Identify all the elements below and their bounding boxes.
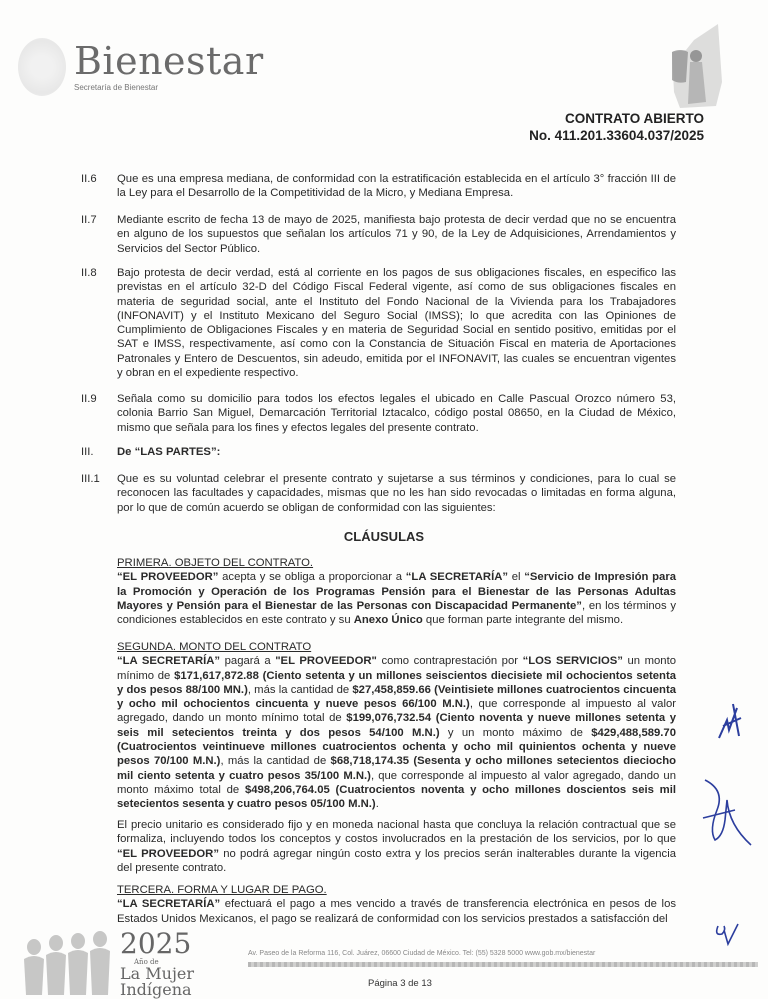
text: pagará a: [220, 655, 275, 667]
clause-heading: PRIMERA. OBJETO DEL CONTRATO.: [117, 556, 676, 570]
clause-heading: SEGUNDA. MONTO DEL CONTRATO: [117, 640, 676, 654]
text: y un monto máximo de: [440, 727, 592, 739]
year: 2025: [120, 930, 194, 958]
party-proveedor: "EL PROVEEDOR": [275, 655, 377, 667]
clause-text: Bajo protesta de decir verdad, está al c…: [117, 266, 676, 380]
text: el: [508, 571, 524, 583]
footer-divider: [248, 962, 758, 967]
text: como contraprestación por: [377, 655, 523, 667]
year-theme-line2: Indígena: [120, 982, 194, 998]
clause-tercera: TERCERA. FORMA Y LUGAR DE PAGO. “LA SECR…: [117, 883, 676, 926]
contract-type: CONTRATO ABIERTO: [529, 110, 704, 127]
text: , más la cantidad de: [248, 684, 353, 696]
clause-text: Mediante escrito de fecha 13 de mayo de …: [117, 213, 676, 256]
indigenous-women-illustration-icon: [20, 925, 115, 995]
clausulas-title: CLÁUSULAS: [0, 529, 768, 544]
party-secretaria: “LA SECRETARÍA”: [406, 571, 508, 583]
clause-text: De “LAS PARTES”:: [117, 445, 676, 459]
flag-illustration-icon: [666, 22, 724, 114]
text: acepta y se obliga a proporcionar a: [218, 571, 405, 583]
clause-number: II.6: [81, 172, 111, 186]
clause-number: II.8: [81, 266, 111, 280]
text: , más la cantidad de: [220, 755, 330, 767]
party-secretaria: “LA SECRETARÍA”: [117, 898, 220, 910]
clause-number: III.1: [81, 472, 111, 486]
party-proveedor: “EL PROVEEDOR”: [117, 848, 219, 860]
declaration-ii8: II.8 Bajo protesta de decir verdad, está…: [81, 266, 676, 380]
initials-signature-icon: [715, 700, 745, 742]
clause-segunda: SEGUNDA. MONTO DEL CONTRATO “LA SECRETAR…: [117, 640, 676, 812]
clause-primera: PRIMERA. OBJETO DEL CONTRATO. “EL PROVEE…: [117, 556, 676, 627]
contract-header: CONTRATO ABIERTO No. 411.201.33604.037/2…: [529, 110, 704, 144]
declaration-iii1: III.1 Que es su voluntad celebrar el pre…: [81, 472, 676, 515]
anexo-ref: Anexo Único: [354, 614, 423, 626]
brand-subtitle: Secretaría de Bienestar: [74, 83, 264, 92]
clause-text: Señala como su domicilio para todos los …: [117, 392, 676, 435]
text: .: [376, 798, 379, 810]
year-badge: 2025 Año de La Mujer Indígena: [120, 930, 194, 998]
national-seal-icon: [18, 38, 66, 96]
clause-text: Que es su voluntad celebrar el presente …: [117, 472, 676, 515]
precio-paragraph: El precio unitario es considerado fijo y…: [117, 818, 676, 875]
declaration-ii6: II.6 Que es una empresa mediana, de conf…: [81, 172, 676, 201]
party-secretaria: “LA SECRETARÍA”: [117, 655, 220, 667]
bienestar-logo: Bienestar Secretaría de Bienestar: [18, 38, 264, 96]
brand-name: Bienestar: [74, 42, 264, 80]
declaration-ii7: II.7 Mediante escrito de fecha 13 de may…: [81, 213, 676, 256]
clause-heading: TERCERA. FORMA Y LUGAR DE PAGO.: [117, 883, 676, 897]
page-number: Página 3 de 13: [368, 978, 432, 989]
declaration-ii9: II.9 Señala como su domicilio para todos…: [81, 392, 676, 435]
clause-number: II.7: [81, 213, 111, 227]
clause-number: III.: [81, 445, 111, 459]
contract-number: No. 411.201.33604.037/2025: [529, 127, 704, 144]
declaration-iii: III. De “LAS PARTES”:: [81, 445, 676, 459]
footer-address: Av. Paseo de la Reforma 116, Col. Juárez…: [248, 950, 595, 957]
clause-text: Que es una empresa mediana, de conformid…: [117, 172, 676, 201]
party-proveedor: “EL PROVEEDOR”: [117, 571, 218, 583]
signature-icon: [695, 770, 755, 850]
initial-signature-icon: [712, 920, 742, 950]
text: que forman parte integrante del mismo.: [423, 614, 623, 626]
text: El precio unitario es considerado fijo y…: [117, 819, 676, 845]
clause-number: II.9: [81, 392, 111, 406]
services-term: “LOS SERVICIOS”: [523, 655, 623, 667]
